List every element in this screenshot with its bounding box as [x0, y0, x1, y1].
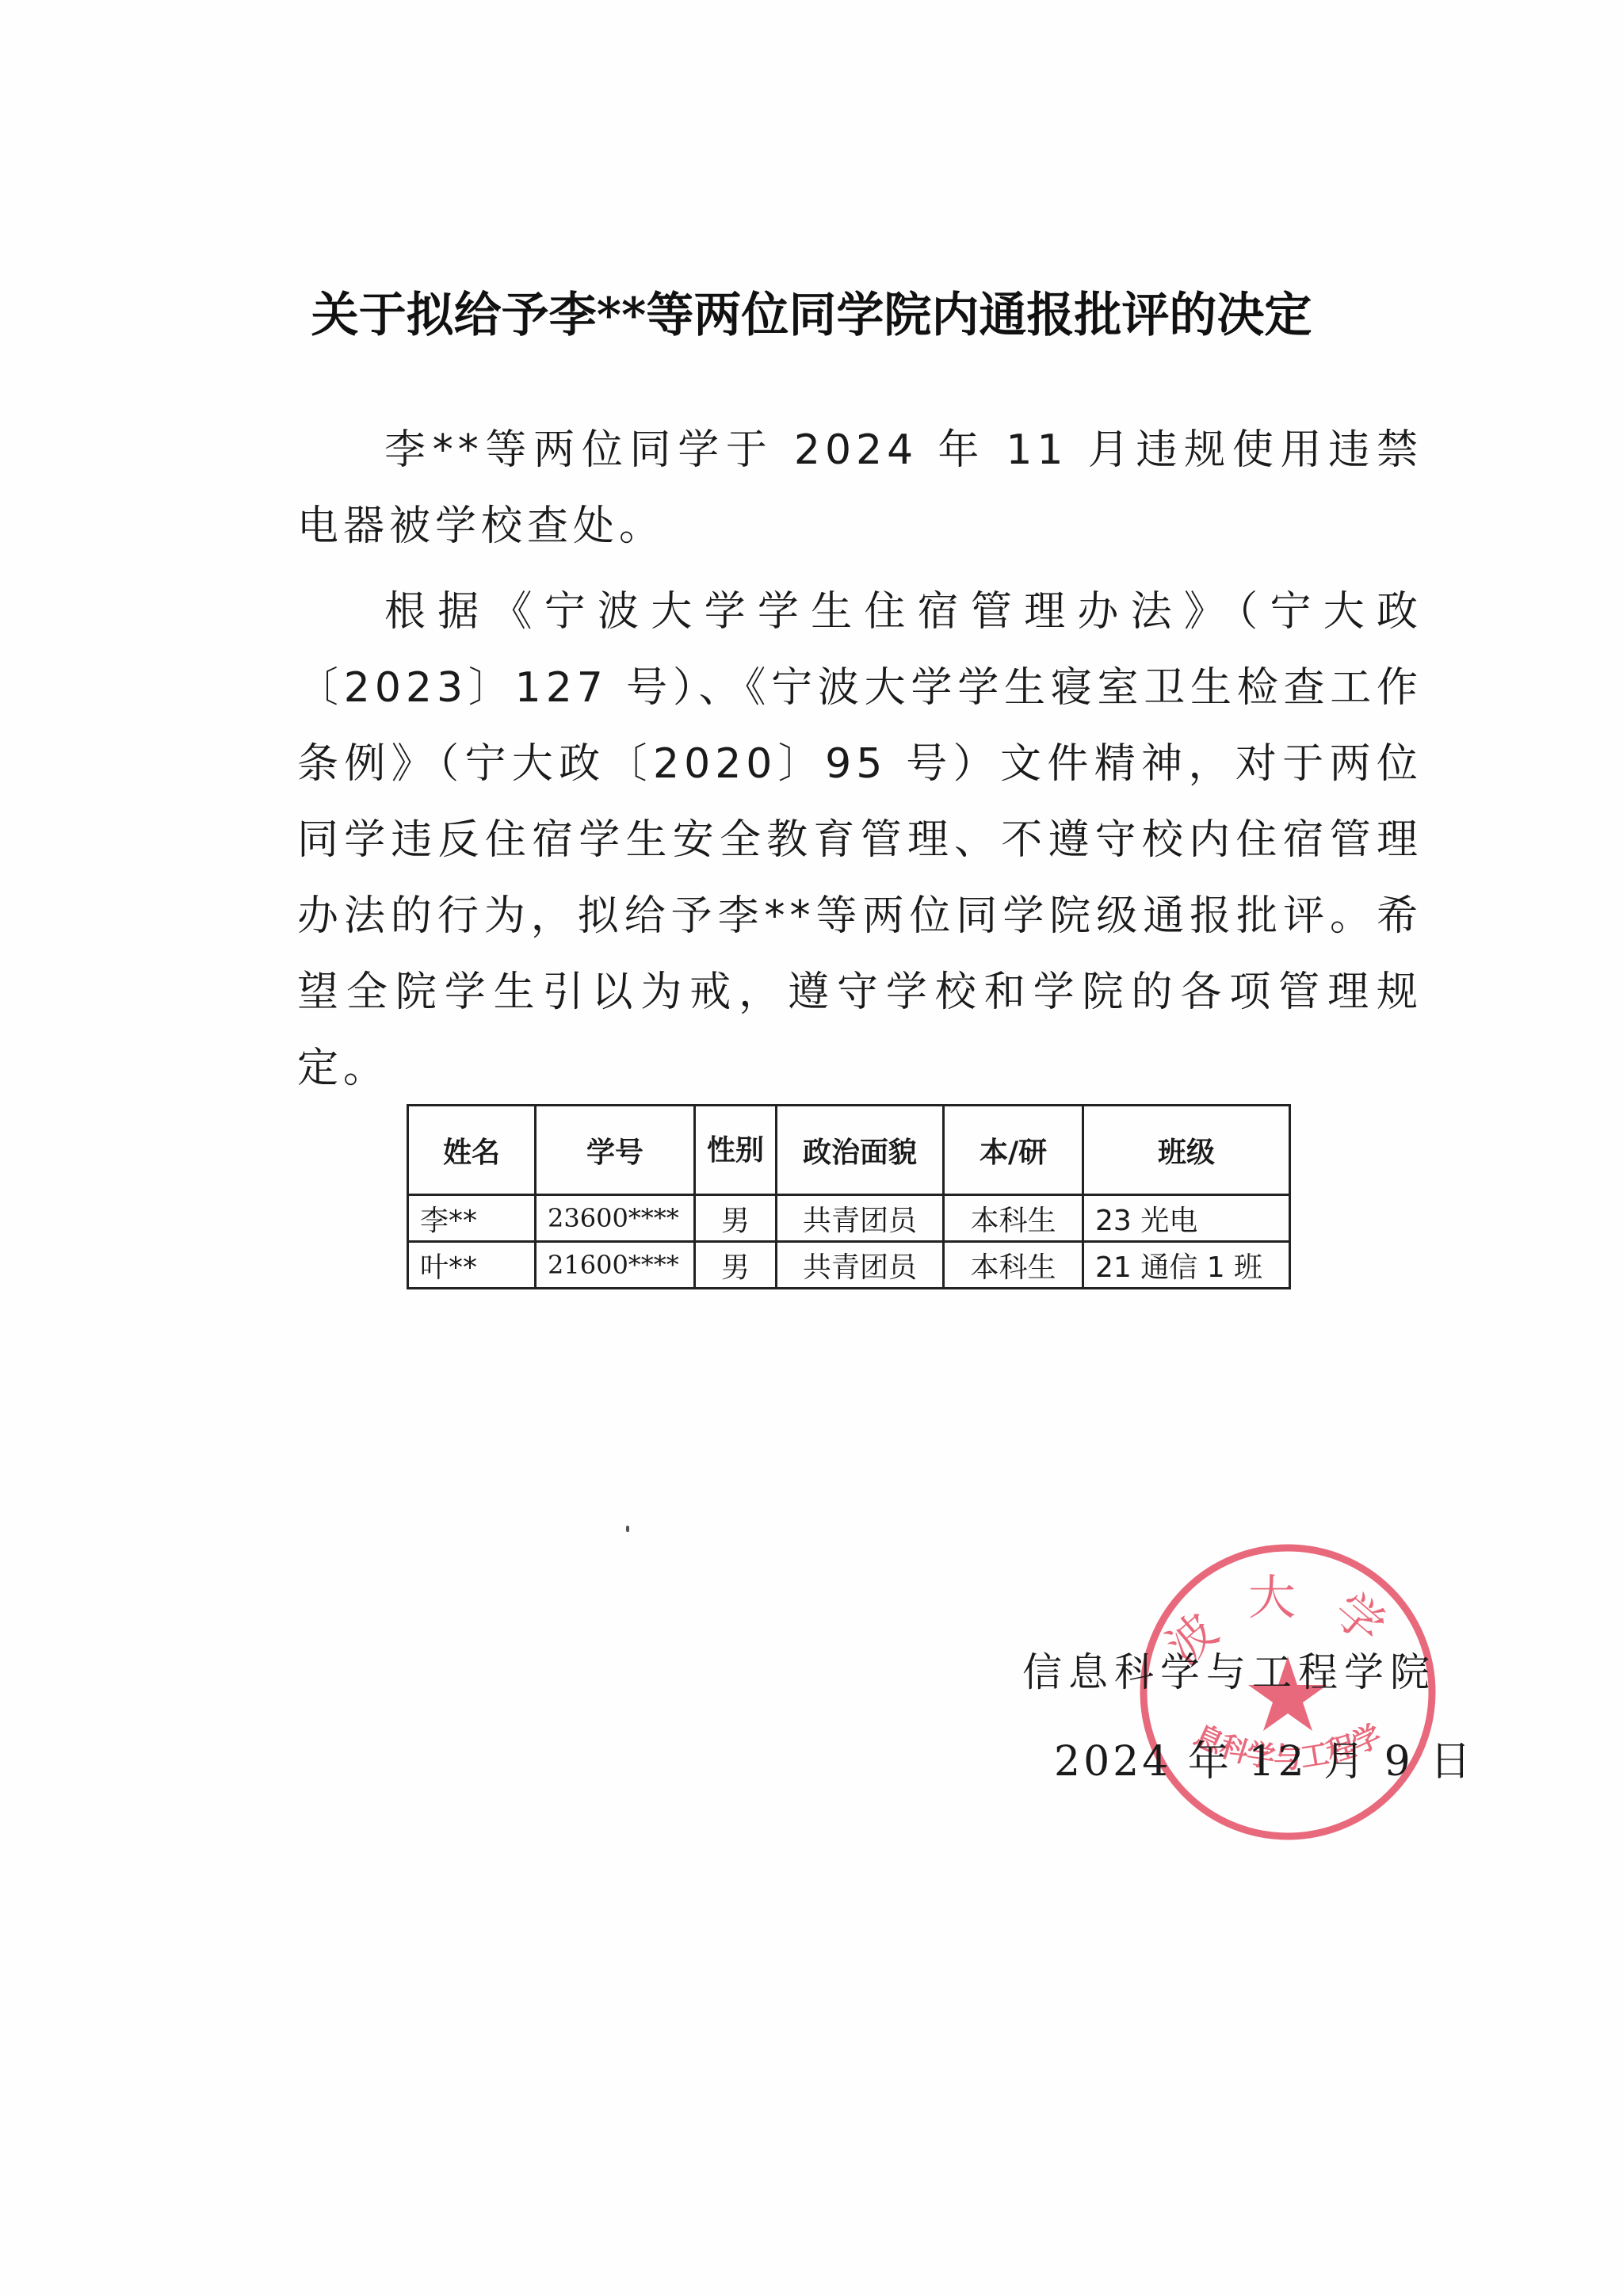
issue-date: 2024 年 12 月 9 日: [1054, 1728, 1474, 1787]
students-table: 姓名 学号 性别 政治面貌 本/研 班级 李** 23600**** 男 共青团…: [407, 1104, 1291, 1289]
header-gender: 性别: [695, 1106, 777, 1195]
document-page: 关于拟给予李**等两位同学院内通报批评的决定 李**等两位同学于 2024 年 …: [0, 0, 1623, 2296]
cell-degree-level: 本科生: [944, 1242, 1083, 1289]
header-political-status: 政治面貌: [777, 1106, 944, 1195]
paragraph-decision: 根据《宁波大学学生住宿管理办法》（宁大政〔2023〕127 号）、《宁波大学学生…: [297, 574, 1423, 1106]
cell-name: 李**: [408, 1195, 536, 1242]
cell-student-id: 21600****: [536, 1242, 695, 1289]
cell-degree-level: 本科生: [944, 1195, 1083, 1242]
seal-top-char-2: 大: [1248, 1571, 1327, 1626]
cell-student-id: 23600****: [536, 1195, 695, 1242]
document-title: 关于拟给予李**等两位同学院内通报批评的决定: [0, 284, 1623, 347]
table-row: 李** 23600**** 男 共青团员 本科生 23 光电: [408, 1195, 1290, 1242]
header-student-id: 学号: [536, 1106, 695, 1195]
scan-speck: [626, 1526, 629, 1532]
header-name: 姓名: [408, 1106, 536, 1195]
cell-name: 叶**: [408, 1242, 536, 1289]
header-degree-level: 本/研: [944, 1106, 1083, 1195]
paragraph-incident: 李**等两位同学于 2024 年 11 月违规使用违禁电器被学校查处。: [297, 412, 1423, 564]
cell-gender: 男: [695, 1195, 777, 1242]
cell-class: 21 通信 1 班: [1083, 1242, 1290, 1289]
header-class: 班级: [1083, 1106, 1290, 1195]
cell-political-status: 共青团员: [777, 1195, 944, 1242]
issuer-organization: 信息科学与工程学院: [1022, 1641, 1436, 1698]
cell-political-status: 共青团员: [777, 1242, 944, 1289]
table-row: 叶** 21600**** 男 共青团员 本科生 21 通信 1 班: [408, 1242, 1290, 1289]
table-header-row: 姓名 学号 性别 政治面貌 本/研 班级: [408, 1106, 1290, 1195]
document-body: 李**等两位同学于 2024 年 11 月违规使用违禁电器被学校查处。 根据《宁…: [297, 412, 1423, 1106]
cell-class: 23 光电: [1083, 1195, 1290, 1242]
cell-gender: 男: [695, 1242, 777, 1289]
